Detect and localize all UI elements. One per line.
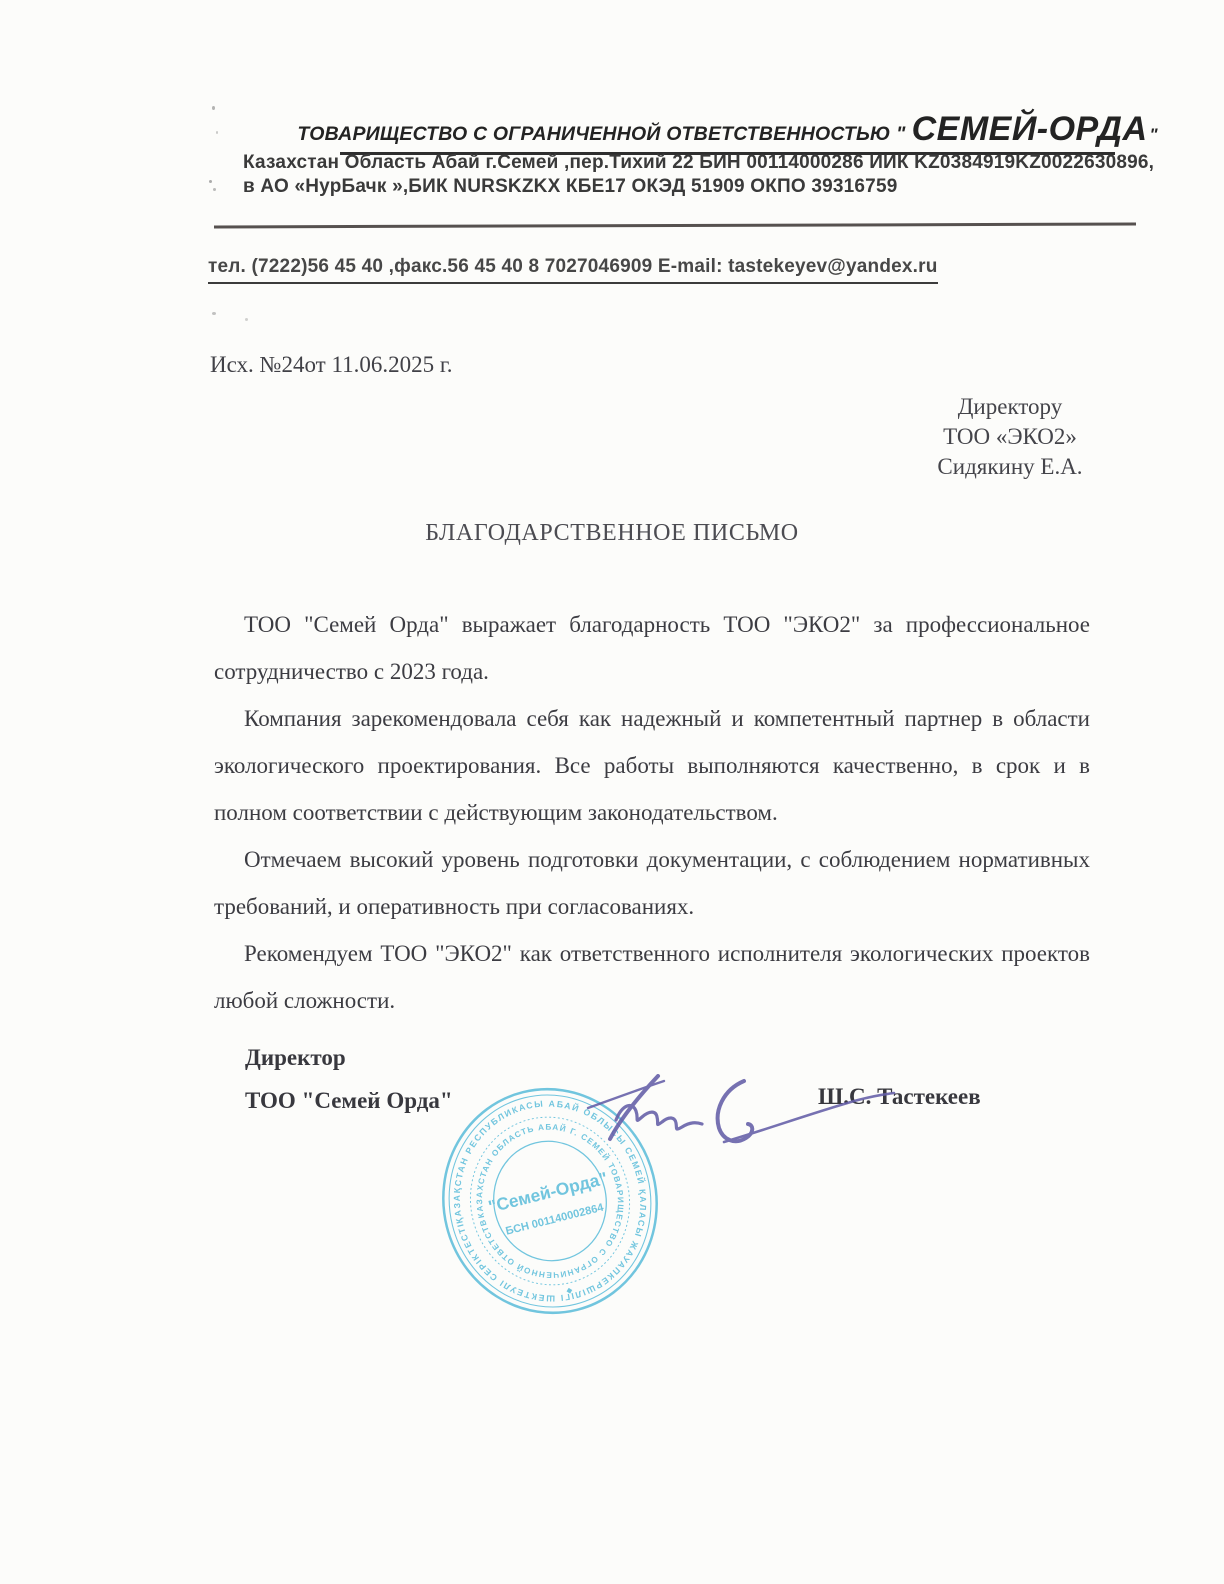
paragraph: ТОО "Семей Орда" выражает благодарность … [214, 601, 1090, 695]
scan-speck [212, 312, 216, 315]
scan-speck [212, 106, 215, 110]
paragraph: Отмечаем высокий уровень подготовки доку… [214, 836, 1090, 930]
addressee-block: Директору ТОО «ЭКО2» Сидякину Е.А. [890, 392, 1130, 482]
letterhead-address-line: Казахстан Область Абай г.Семей ,пер.Тихи… [243, 152, 1154, 174]
addressee-person: Сидякину Е.А. [890, 452, 1130, 482]
letter-title: БЛАГОДАРСТВЕННОЕ ПИСЬМО [0, 520, 1224, 547]
org-name-close-quote: " [1150, 125, 1158, 145]
addressee-company: ТОО «ЭКО2» [890, 422, 1130, 452]
stamp-bottom-mark-icon: ◆ [565, 1285, 574, 1295]
letterhead-org-line: ТОВАРИЩЕСТВО С ОГРАНИЧЕННОЙ ОТВЕТСТВЕННО… [340, 110, 1115, 155]
outgoing-reference: Исх. №24от 11.06.2025 г. [210, 352, 452, 378]
addressee-position: Директору [890, 392, 1130, 422]
signer-company: ТОО "Семей Орда" [245, 1079, 453, 1122]
org-name-text: СЕМЕЙ-ОРДА [912, 110, 1148, 149]
org-type-text: ТОВАРИЩЕСТВО С ОГРАНИЧЕННОЙ ОТВЕТСТВЕННО… [297, 123, 905, 146]
scanned-letter-page: ТОВАРИЩЕСТВО С ОГРАНИЧЕННОЙ ОТВЕТСТВЕННО… [0, 0, 1224, 1584]
signer-position-block: Директор ТОО "Семей Орда" [245, 1036, 453, 1122]
scan-speck [245, 318, 248, 321]
letterhead-contact-line: тел. (7222)56 45 40 ,факс.56 45 40 8 702… [208, 256, 938, 284]
scan-speck [209, 180, 212, 183]
handwritten-signature [518, 1053, 978, 1173]
paragraph: Компания зарекомендовала себя как надежн… [214, 695, 1090, 836]
paragraph: Рекомендуем ТОО "ЭКО2" как ответственног… [214, 930, 1090, 1024]
letterhead-bank-line: в АО «НурБачк »,БИК NURSKZKX КБЕ17 ОКЭД … [243, 176, 897, 198]
letter-body: ТОО "Семей Орда" выражает благодарность … [214, 601, 1090, 1024]
signer-position-title: Директор [245, 1036, 453, 1079]
letterhead-divider [214, 223, 1136, 229]
scan-speck [213, 188, 216, 191]
scan-speck [216, 131, 218, 134]
